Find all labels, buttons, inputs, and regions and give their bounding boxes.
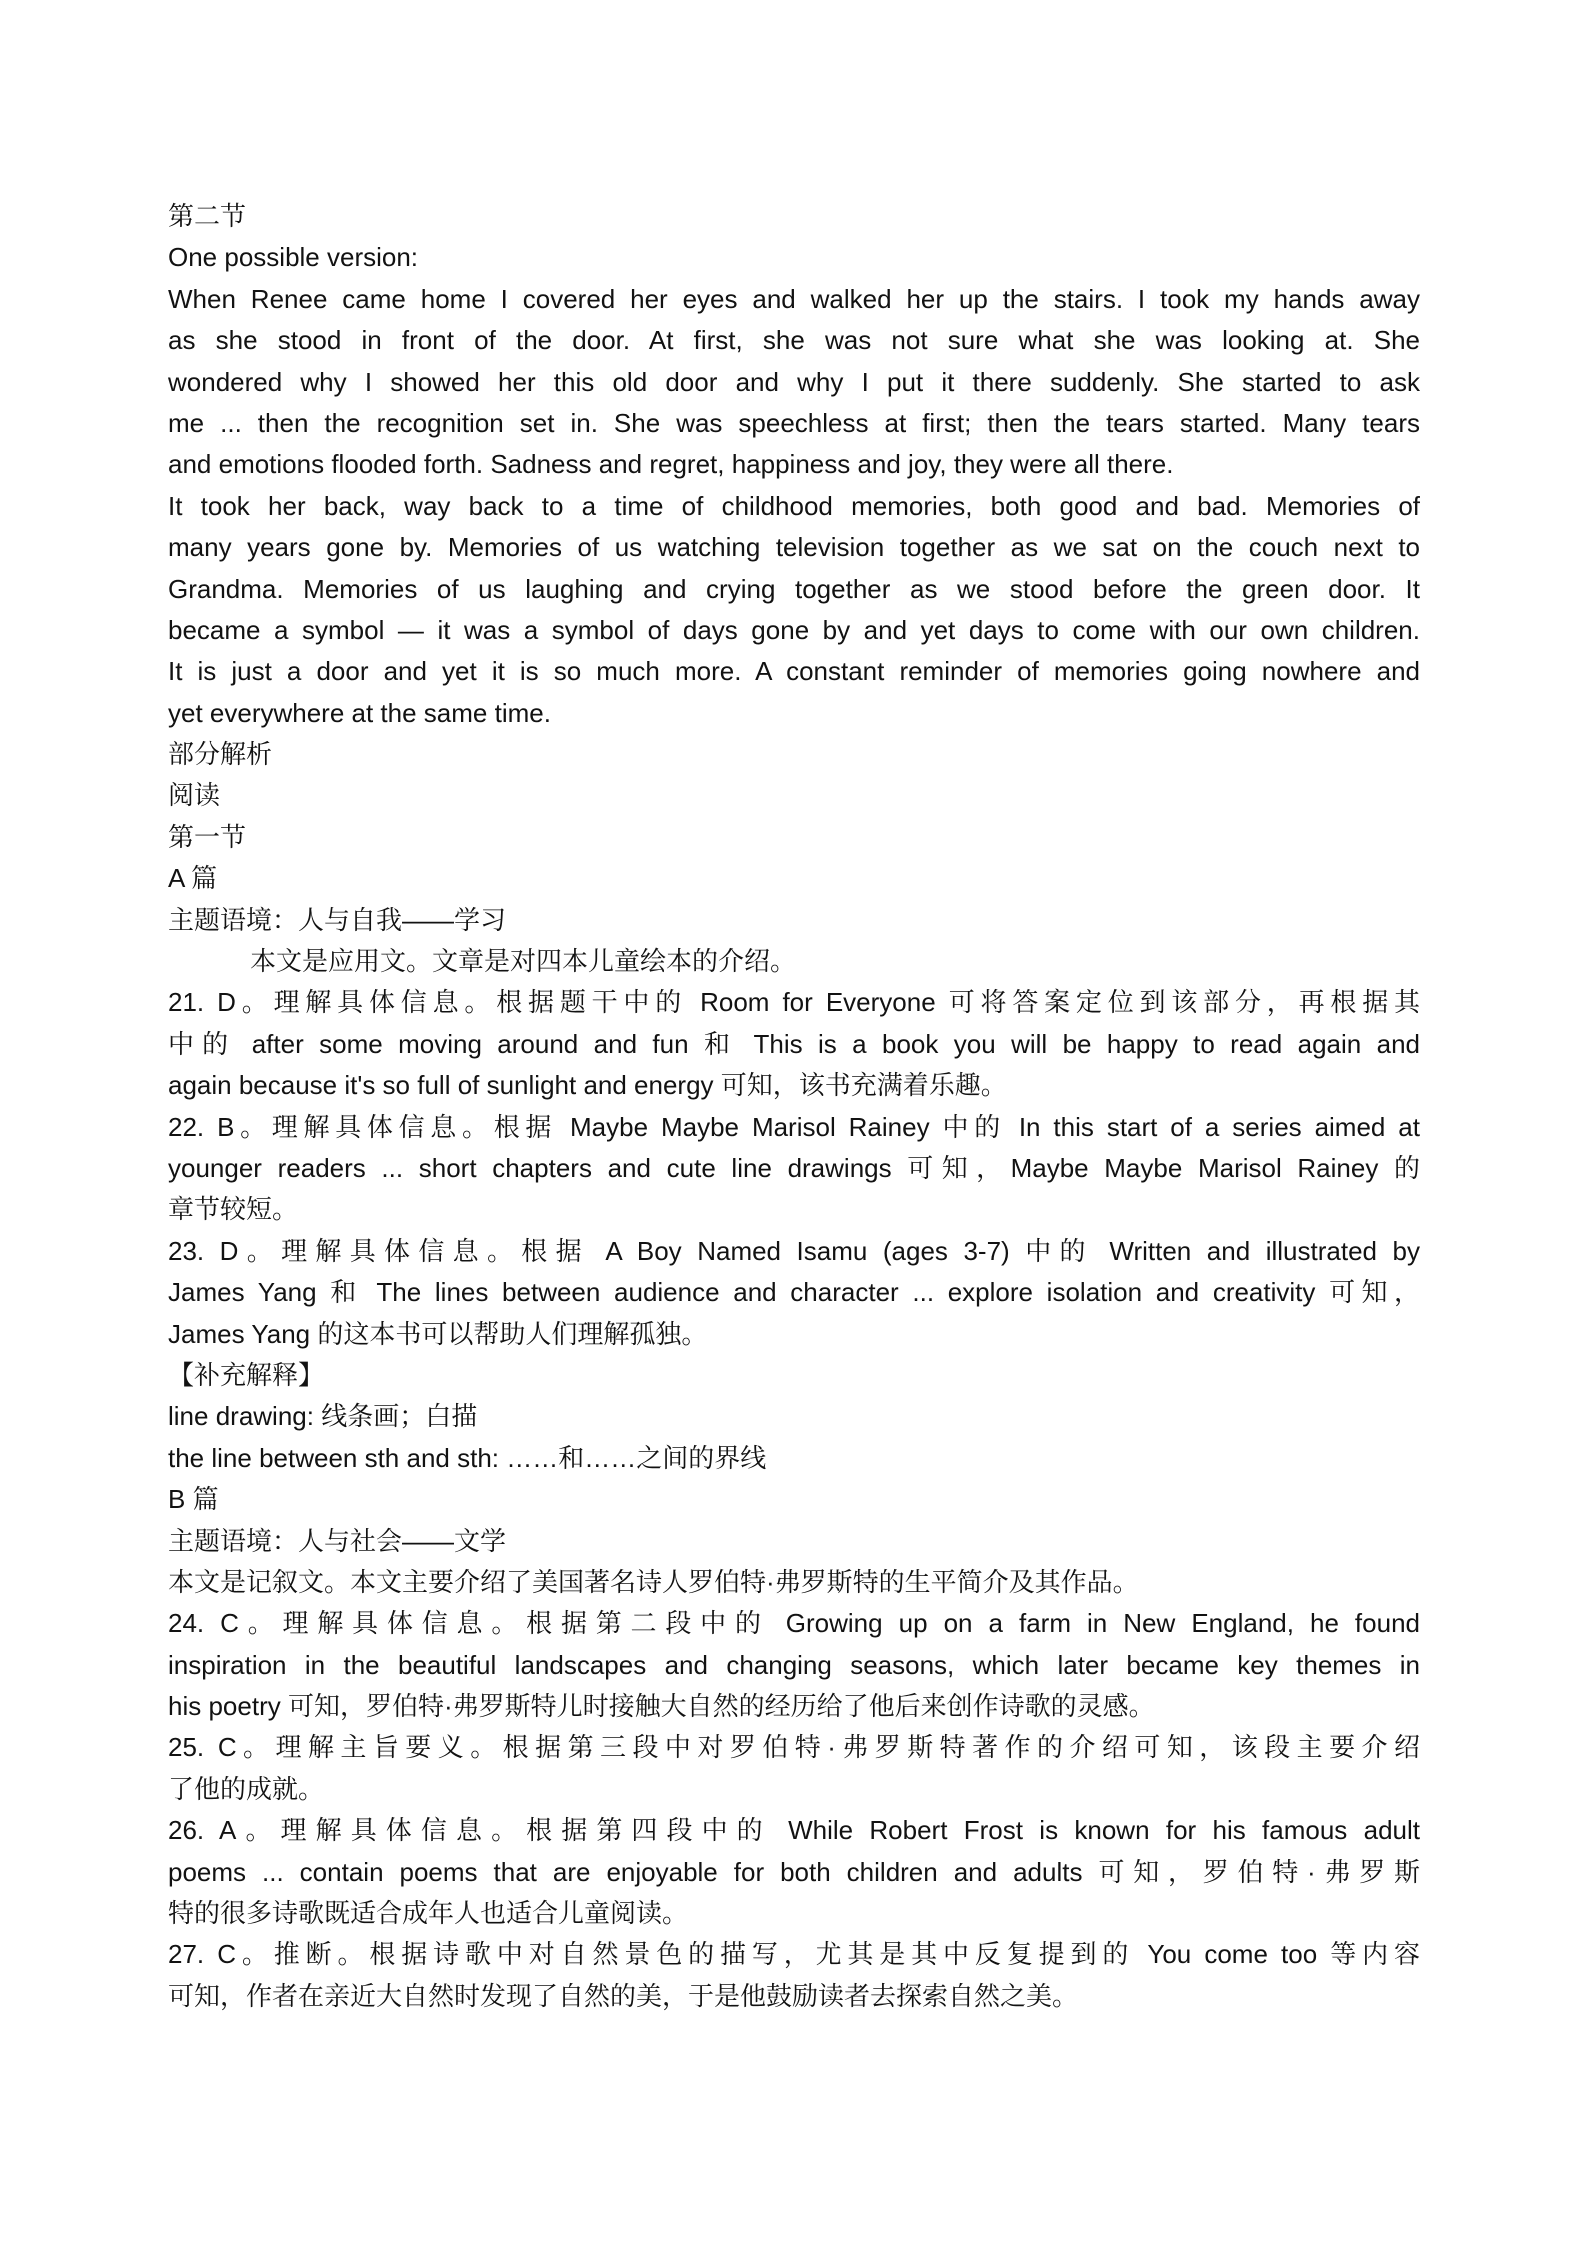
text-line: wondered why I showed her this old door …: [168, 362, 1420, 403]
document-body: 第二节One possible version:When Renee came …: [168, 196, 1420, 2017]
text-line: line drawing: 线条画；白描: [168, 1396, 1420, 1437]
text-line: A 篇: [168, 858, 1420, 899]
text-line: 特的很多诗歌既适合成年人也适合儿童阅读。: [168, 1893, 1420, 1934]
text-line: inspiration in the beautiful landscapes …: [168, 1645, 1420, 1686]
text-line: James Yang 和 The lines between audience …: [168, 1272, 1420, 1313]
text-line: 21. D。理解具体信息。根据题干中的 Room for Everyone 可将…: [168, 982, 1420, 1023]
text-line: 部分解析: [168, 734, 1420, 775]
text-line: 22. B。理解具体信息。根据 Maybe Maybe Marisol Rain…: [168, 1107, 1420, 1148]
text-line: his poetry 可知，罗伯特·弗罗斯特儿时接触大自然的经历给了他后来创作诗…: [168, 1686, 1420, 1727]
text-line: 章节较短。: [168, 1189, 1420, 1230]
text-line: many years gone by. Memories of us watch…: [168, 527, 1420, 568]
text-line: as she stood in front of the door. At fi…: [168, 320, 1420, 361]
text-line: 26. A。理解具体信息。根据第四段中的 While Robert Frost …: [168, 1810, 1420, 1851]
text-line: 可知，作者在亲近大自然时发现了自然的美，于是他鼓励读者去探索自然之美。: [168, 1976, 1420, 2017]
text-line: When Renee came home I covered her eyes …: [168, 279, 1420, 320]
text-line: 中的 after some moving around and fun 和 Th…: [168, 1024, 1420, 1065]
text-line: 25. C。理解主旨要义。根据第三段中对罗伯特·弗罗斯特著作的介绍可知，该段主要…: [168, 1727, 1420, 1768]
text-line: me ... then the recognition set in. She …: [168, 403, 1420, 444]
text-line: yet everywhere at the same time.: [168, 693, 1420, 734]
text-line: 【补充解释】: [168, 1355, 1420, 1396]
text-line: became a symbol — it was a symbol of day…: [168, 610, 1420, 651]
text-line: 第二节: [168, 196, 1420, 237]
text-line: 23. D。理解具体信息。根据 A Boy Named Isamu (ages …: [168, 1231, 1420, 1272]
text-line: poems ... contain poems that are enjoyab…: [168, 1852, 1420, 1893]
text-line: Grandma. Memories of us laughing and cry…: [168, 569, 1420, 610]
text-line: It took her back, way back to a time of …: [168, 486, 1420, 527]
text-line: again because it's so full of sunlight a…: [168, 1065, 1420, 1106]
text-line: 阅读: [168, 775, 1420, 816]
text-line: 了他的成就。: [168, 1769, 1420, 1810]
text-line: 24. C。理解具体信息。根据第二段中的 Growing up on a far…: [168, 1603, 1420, 1644]
text-line: James Yang 的这本书可以帮助人们理解孤独。: [168, 1314, 1420, 1355]
text-line: 主题语境：人与社会——文学: [168, 1521, 1420, 1562]
text-line: It is just a door and yet it is so much …: [168, 651, 1420, 692]
text-line: younger readers ... short chapters and c…: [168, 1148, 1420, 1189]
text-line: the line between sth and sth: ……和……之间的界线: [168, 1438, 1420, 1479]
text-line: One possible version:: [168, 237, 1420, 278]
text-line: 第一节: [168, 817, 1420, 858]
text-line: B 篇: [168, 1479, 1420, 1520]
text-line: 主题语境：人与自我——学习: [168, 900, 1420, 941]
text-line: 27. C。推断。根据诗歌中对自然景色的描写，尤其是其中反复提到的 You co…: [168, 1934, 1420, 1975]
text-line: 本文是记叙文。本文主要介绍了美国著名诗人罗伯特·弗罗斯特的生平简介及其作品。: [168, 1562, 1420, 1603]
text-line: and emotions flooded forth. Sadness and …: [168, 444, 1420, 485]
text-line: 本文是应用文。文章是对四本儿童绘本的介绍。: [168, 941, 1420, 982]
